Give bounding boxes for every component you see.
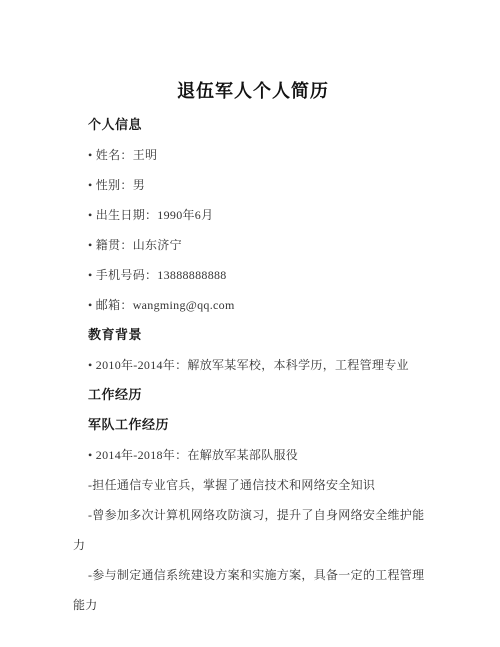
personal-item-birthdate: • 出生日期：1990年6月 bbox=[73, 200, 433, 230]
section-heading-army-work-experience: 军队工作经历 bbox=[73, 410, 433, 440]
resume-page: 退伍军人个人简历 个人信息 • 姓名：王明 • 性别：男 • 出生日期：1990… bbox=[0, 0, 500, 647]
army-detail-network-drills: -曾参加多次计算机网络攻防演习，提升了自身网络安全维护能力 bbox=[73, 500, 433, 560]
personal-item-name: • 姓名：王明 bbox=[73, 140, 433, 170]
resume-content: 退伍军人个人简历 个人信息 • 姓名：王明 • 性别：男 • 出生日期：1990… bbox=[0, 0, 500, 620]
personal-item-hometown: • 籍贯：山东济宁 bbox=[73, 230, 433, 260]
personal-item-email: • 邮箱：wangming@qq.com bbox=[73, 290, 433, 320]
section-heading-work-experience: 工作经历 bbox=[73, 380, 433, 410]
personal-item-phone: • 手机号码：13888888888 bbox=[73, 260, 433, 290]
personal-item-gender: • 性别：男 bbox=[73, 170, 433, 200]
army-service-item: • 2014年-2018年：在解放军某部队服役 bbox=[73, 440, 433, 470]
section-heading-education: 教育背景 bbox=[73, 320, 433, 350]
section-heading-personal-info: 个人信息 bbox=[73, 110, 433, 140]
army-detail-communication-role: -担任通信专业官兵，掌握了通信技术和网络安全知识 bbox=[73, 470, 433, 500]
education-item: • 2010年-2014年：解放军某军校，本科学历，工程管理专业 bbox=[73, 350, 433, 380]
page-title: 退伍军人个人简历 bbox=[73, 78, 433, 104]
army-detail-project-management: -参与制定通信系统建设方案和实施方案，具备一定的工程管理能力 bbox=[73, 560, 433, 620]
